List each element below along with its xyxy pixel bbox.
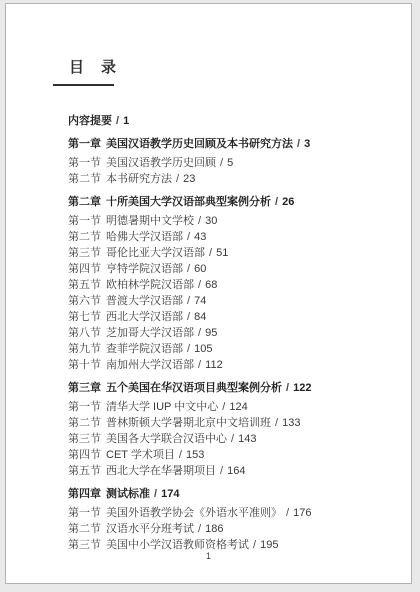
toc-entry-separator: / [172,173,183,185]
toc-entry-separator: / [282,507,293,519]
toc-entry-page: 186 [205,523,223,535]
toc-entry-separator: / [175,449,186,461]
toc-entry-separator: / [194,359,205,371]
toc-entry-label: 第三节 [68,431,106,447]
toc-entry-title: 普渡大学汉语部 [106,295,183,307]
toc-entry-section: 第一节美国外语教学协会《外语水平准则》 / 176 [68,505,391,521]
toc-entry-title: 内容提要 [68,115,112,127]
toc-entry-title: 美国中小学汉语教师资格考试 [106,539,249,551]
toc-entry-label: 第一章 [68,136,106,152]
toc-entry-section: 第九节查菲学院汉语部 / 105 [68,341,391,357]
toc-entry-label: 第九节 [68,341,106,357]
document-page: 目 录 内容提要 / 1第一章美国汉语教学历史回顾及本书研究方法 / 3第一节美… [5,3,412,584]
toc-entry-page: 122 [293,382,311,394]
toc-list: 内容提要 / 1第一章美国汉语教学历史回顾及本书研究方法 / 3第一节美国汉语教… [68,106,391,553]
toc-entry-section: 第一节清华大学 IUP 中文中心 / 124 [68,399,391,415]
toc-entry-title: 测试标准 [106,488,150,500]
toc-entry-separator: / [183,311,194,323]
toc-entry-title: 美国汉语教学历史回顾及本书研究方法 [106,138,293,150]
toc-entry-separator: / [227,433,238,445]
toc-entry-chapter: 第三章五个美国在华汉语项目典型案例分析 / 122 [68,380,391,396]
screenshot-canvas: 目 录 内容提要 / 1第一章美国汉语教学历史回顾及本书研究方法 / 3第一节美… [0,0,420,592]
toc-entry-section: 第十节南加州大学汉语部 / 112 [68,357,391,373]
toc-entry-section: 第四节CET 学术项目 / 153 [68,447,391,463]
toc-entry-separator: / [218,401,229,413]
toc-entry-separator: / [183,295,194,307]
toc-entry-page: 5 [227,157,233,169]
toc-entry-title: 亨特学院汉语部 [106,263,183,275]
toc-entry-section: 第二节汉语水平分班考试 / 186 [68,521,391,537]
toc-entry-label: 第六节 [68,293,106,309]
toc-entry-section: 第八节芝加哥大学汉语部 / 95 [68,325,391,341]
toc-entry-separator: / [282,382,293,394]
title-underline [53,84,114,86]
toc-entry-title: 美国各大学联合汉语中心 [106,433,227,445]
toc-entry-label: 第四章 [68,486,106,502]
toc-entry-section: 第二节哈佛大学汉语部 / 43 [68,229,391,245]
toc-entry-page: 124 [229,401,247,413]
toc-entry-title: 南加州大学汉语部 [106,359,194,371]
toc-entry-section: 第一节美国汉语教学历史回顾 / 5 [68,155,391,171]
toc-entry-page: 51 [216,247,228,259]
toc-entry-page: 3 [304,138,310,150]
toc-entry-separator: / [271,417,282,429]
toc-entry-label: 第一节 [68,505,106,521]
toc-entry-page: 26 [282,196,294,208]
toc-entry-separator: / [205,247,216,259]
toc-entry-page: 174 [161,488,179,500]
toc-entry-label: 第三章 [68,380,106,396]
toc-entry-page: 112 [205,359,223,371]
toc-entry-separator: / [194,215,205,227]
toc-entry-page: 30 [205,215,217,227]
toc-entry-label: 第二节 [68,229,106,245]
toc-entry-label: 第五节 [68,463,106,479]
toc-entry-label: 第一节 [68,155,106,171]
toc-entry-separator: / [271,196,282,208]
toc-entry-title: 清华大学 IUP 中文中心 [106,401,218,413]
toc-entry-separator: / [112,115,123,127]
toc-entry-section: 第七节西北大学汉语部 / 84 [68,309,391,325]
toc-entry-chapter: 第一章美国汉语教学历史回顾及本书研究方法 / 3 [68,136,391,152]
toc-entry-label: 第五节 [68,277,106,293]
toc-entry-page: 95 [205,327,217,339]
toc-entry-page: 68 [205,279,217,291]
toc-entry-page: 1 [123,115,129,127]
toc-entry-section: 第三节美国各大学联合汉语中心 / 143 [68,431,391,447]
toc-entry-separator: / [216,157,227,169]
toc-entry-label: 第三节 [68,245,106,261]
toc-entry-separator: / [183,343,194,355]
toc-entry-separator: / [194,279,205,291]
toc-entry-section: 第二节本书研究方法 / 23 [68,171,391,187]
toc-entry-label: 第八节 [68,325,106,341]
toc-entry-section: 第三节哥伦比亚大学汉语部 / 51 [68,245,391,261]
toc-entry-title: 欧柏林学院汉语部 [106,279,194,291]
toc-entry-chapter: 第二章十所美国大学汉语部典型案例分析 / 26 [68,194,391,210]
toc-entry-title: 汉语水平分班考试 [106,523,194,535]
toc-entry-section: 第五节西北大学在华暑期项目 / 164 [68,463,391,479]
toc-entry-title: 芝加哥大学汉语部 [106,327,194,339]
toc-entry-page: 153 [186,449,204,461]
toc-entry-page: 195 [260,539,278,551]
toc-entry-separator: / [194,327,205,339]
toc-entry-page: 23 [183,173,195,185]
toc-entry-section: 第四节亨特学院汉语部 / 60 [68,261,391,277]
toc-entry-page: 133 [282,417,300,429]
toc-entry-title: 美国汉语教学历史回顾 [106,157,216,169]
toc-entry-page: 164 [227,465,245,477]
footer-page-number: 1 [6,551,411,561]
toc-entry-title: 查菲学院汉语部 [106,343,183,355]
toc-entry-separator: / [249,539,260,551]
toc-entry-section: 第五节欧柏林学院汉语部 / 68 [68,277,391,293]
toc-entry-label: 第二节 [68,521,106,537]
toc-entry-title: 十所美国大学汉语部典型案例分析 [106,196,271,208]
toc-entry-separator: / [183,231,194,243]
toc-entry-separator: / [183,263,194,275]
toc-entry-title: 明德暑期中文学校 [106,215,194,227]
toc-entry-page: 74 [194,295,206,307]
toc-entry-title: CET 学术项目 [106,449,175,461]
toc-entry-separator: / [194,523,205,535]
toc-entry-page: 60 [194,263,206,275]
toc-entry-separator: / [150,488,161,500]
toc-entry-label: 第十节 [68,357,106,373]
toc-entry-page: 143 [238,433,256,445]
toc-entry-title: 五个美国在华汉语项目典型案例分析 [106,382,282,394]
toc-entry-page: 176 [293,507,311,519]
toc-entry-title: 西北大学在华暑期项目 [106,465,216,477]
toc-entry-page: 105 [194,343,212,355]
toc-entry-page: 84 [194,311,206,323]
toc-entry-label: 第四节 [68,261,106,277]
toc-entry-summary: 内容提要 / 1 [68,113,391,129]
toc-entry-chapter: 第四章测试标准 / 174 [68,486,391,502]
toc-entry-separator: / [216,465,227,477]
toc-entry-section: 第一节明德暑期中文学校 / 30 [68,213,391,229]
toc-entry-label: 第七节 [68,309,106,325]
toc-entry-label: 第二章 [68,194,106,210]
toc-entry-title: 普林斯顿大学暑期北京中文培训班 [106,417,271,429]
toc-entry-title: 哥伦比亚大学汉语部 [106,247,205,259]
toc-entry-page: 43 [194,231,206,243]
toc-entry-title: 哈佛大学汉语部 [106,231,183,243]
toc-entry-label: 第一节 [68,399,106,415]
toc-entry-label: 第二节 [68,171,106,187]
toc-entry-label: 第一节 [68,213,106,229]
toc-entry-label: 第二节 [68,415,106,431]
toc-entry-section: 第二节普林斯顿大学暑期北京中文培训班 / 133 [68,415,391,431]
toc-entry-section: 第六节普渡大学汉语部 / 74 [68,293,391,309]
toc-entry-separator: / [293,138,304,150]
toc-entry-title: 美国外语教学协会《外语水平准则》 [106,507,282,519]
toc-entry-label: 第四节 [68,447,106,463]
toc-entry-title: 本书研究方法 [106,173,172,185]
toc-entry-title: 西北大学汉语部 [106,311,183,323]
page-title: 目 录 [69,56,117,77]
